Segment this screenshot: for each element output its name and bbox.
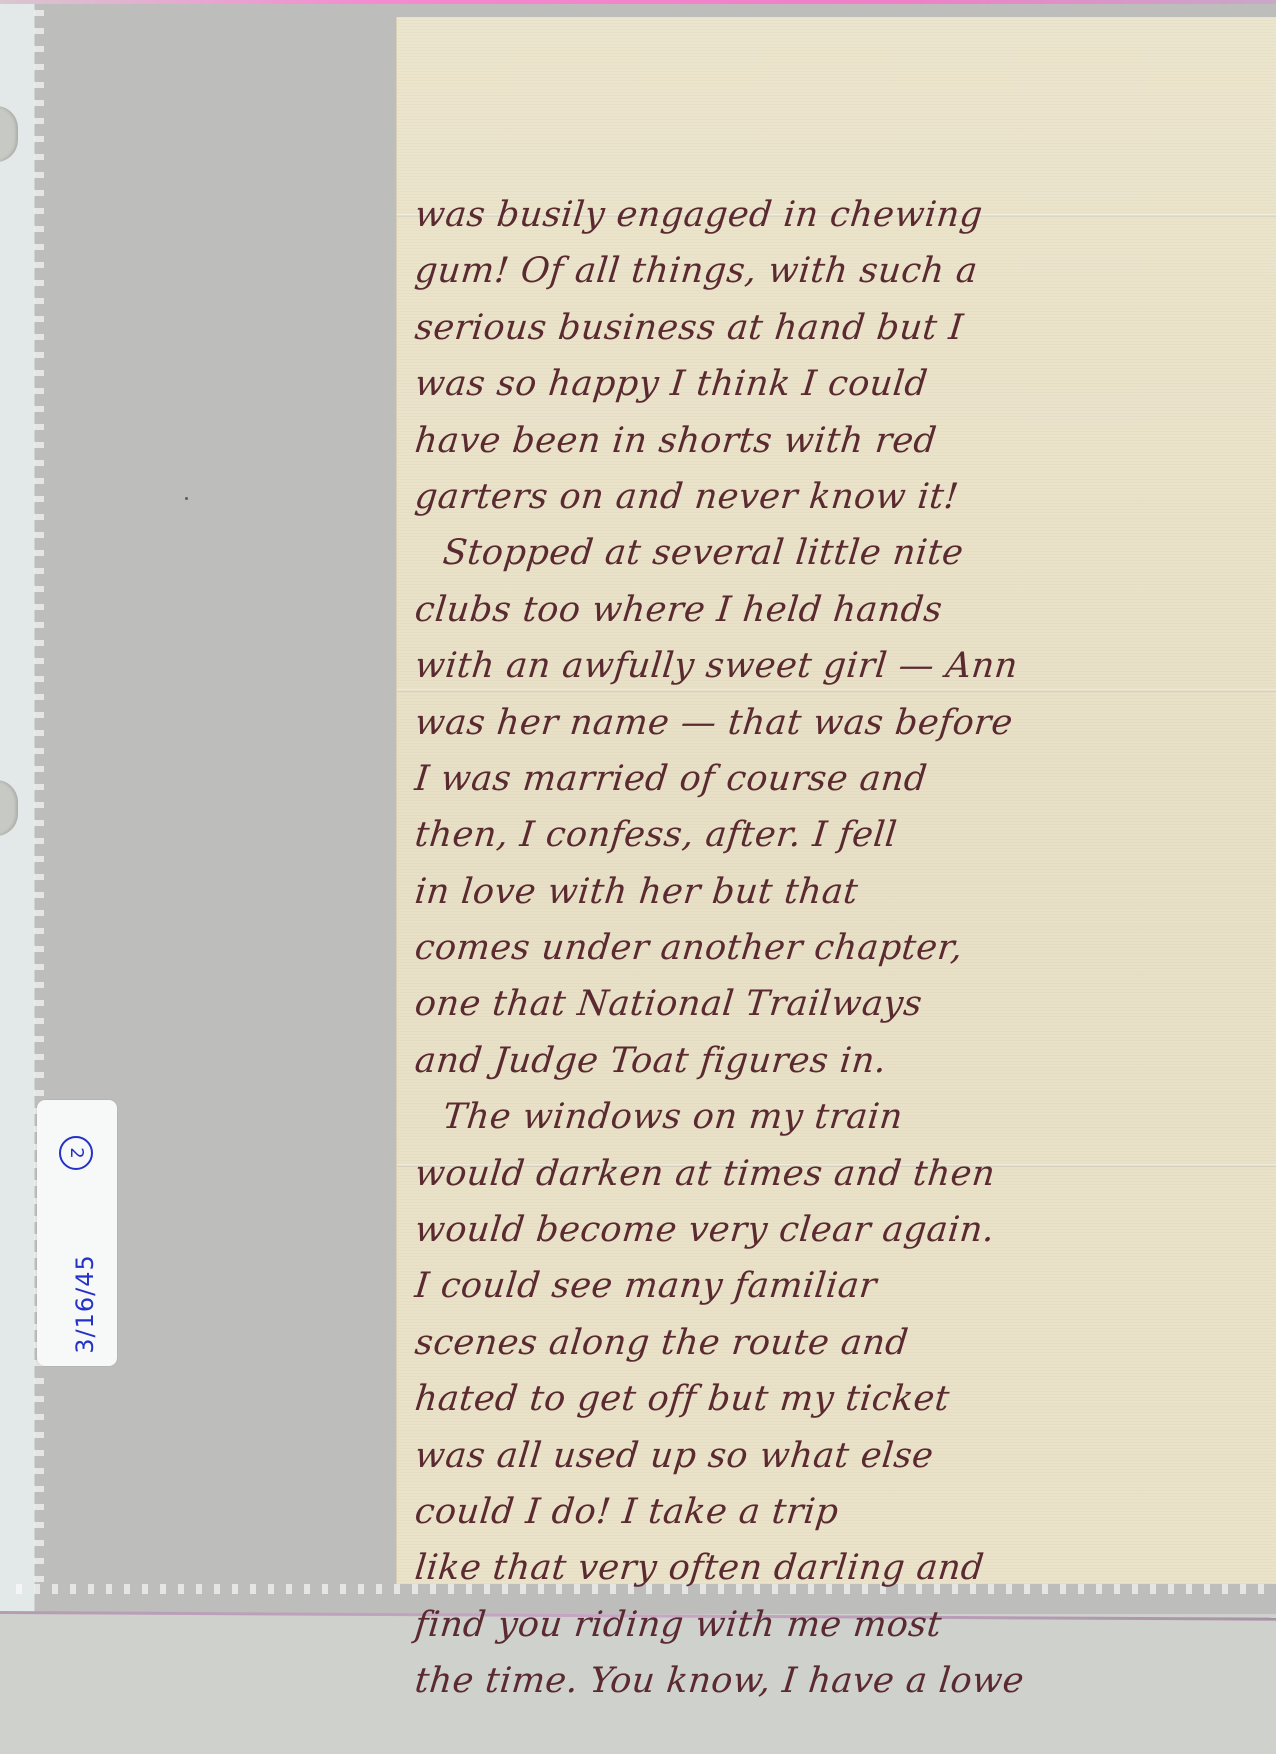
text-line: serious business at hand but I: [412, 300, 1268, 356]
text-line: was her name — that was before: [412, 695, 1268, 751]
text-line: then, I confess, after. I fell: [412, 807, 1268, 863]
text-line: was all used up so what else: [412, 1428, 1268, 1484]
text-line: comes under another chapter,: [412, 920, 1268, 976]
letter-page: was busily engaged in chewing gum! Of al…: [397, 17, 1276, 1584]
text-line: was so happy I think I could: [412, 356, 1268, 412]
text-line: would become very clear again.: [412, 1202, 1268, 1258]
text-line: could I do! I take a trip: [412, 1484, 1268, 1540]
letter-date: 3/16/45: [71, 1254, 99, 1354]
handwritten-text: was busily engaged in chewing gum! Of al…: [415, 187, 1265, 1710]
text-line: I could see many familiar: [412, 1258, 1268, 1314]
text-line: in love with her but that: [412, 864, 1268, 920]
page-number-circled: 2: [59, 1136, 93, 1170]
text-line: was busily engaged in chewing: [412, 187, 1268, 243]
text-line: The windows on my train: [412, 1089, 1268, 1145]
dust-speck: [185, 497, 188, 500]
text-line: find you riding with me most: [412, 1597, 1268, 1653]
text-line: Stopped at several little nite: [412, 525, 1268, 581]
text-line: and Judge Toat figures in.: [412, 1033, 1268, 1089]
binder-hole: [0, 106, 18, 162]
text-line: garters on and never know it!: [412, 469, 1268, 525]
binder-hole: [0, 780, 18, 836]
text-line: clubs too where I held hands: [412, 582, 1268, 638]
text-line: with an awfully sweet girl — Ann: [412, 638, 1268, 694]
text-line: scenes along the route and: [412, 1315, 1268, 1371]
text-line: have been in shorts with red: [412, 413, 1268, 469]
text-line: would darken at times and then: [412, 1146, 1268, 1202]
text-line: hated to get off but my ticket: [412, 1371, 1268, 1427]
archive-label-tag: 2 3/16/45: [37, 1100, 117, 1366]
sheet-protector: 2 3/16/45 was busily engaged in chewing …: [0, 4, 1276, 1614]
text-line: the time. You know, I have a lowe: [412, 1653, 1268, 1709]
text-line: I was married of course and: [412, 751, 1268, 807]
text-line: one that National Trailways: [412, 976, 1268, 1032]
text-line: like that very often darling and: [412, 1540, 1268, 1596]
text-line: gum! Of all things, with such a: [412, 243, 1268, 299]
binder-strip: [0, 4, 35, 1614]
